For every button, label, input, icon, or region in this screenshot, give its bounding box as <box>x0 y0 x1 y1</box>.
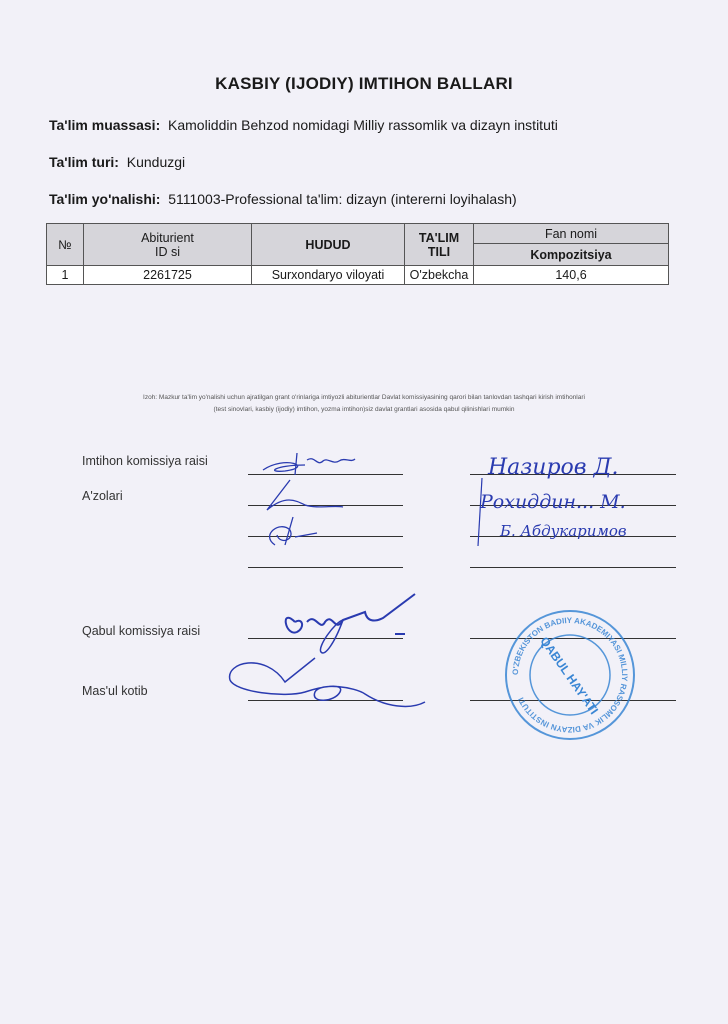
members-label: A'zolari <box>82 489 123 503</box>
direction-label: Ta'lim yo'nalishi: <box>49 191 160 207</box>
name-line <box>470 567 676 568</box>
footnote: Izoh: Mazkur ta'lim yo'nalishi uchun ajr… <box>0 392 728 416</box>
header-lang-line1: TA'LIM <box>408 231 470 245</box>
institution-value: Kamoliddin Behzod nomidagi Milliy rassom… <box>168 117 558 133</box>
svg-text:Рохиддин... М.: Рохиддин... М. <box>479 491 626 513</box>
svg-text:Назиров Д.: Назиров Д. <box>487 455 618 480</box>
header-id-line1: Abiturient <box>87 231 248 245</box>
header-lang-line2: TILI <box>408 245 470 259</box>
document-title: KASBIY (IJODIY) IMTIHON BALLARI <box>0 74 728 94</box>
admission-chair-label: Qabul komissiya raisi <box>82 624 200 638</box>
institution-label: Ta'lim muassasi: <box>49 117 160 133</box>
svg-text:Б. Абдукаримов: Б. Абдукаримов <box>499 522 627 540</box>
signature-exam-chair-icon <box>255 445 375 555</box>
footnote-line1: Izoh: Mazkur ta'lim yo'nalishi uchun ajr… <box>0 392 728 404</box>
handwritten-names-icon: Назиров Д. Рохиддин... М. Б. Абдукаримов <box>470 448 680 548</box>
signature-line <box>248 567 403 568</box>
footnote-line2: (test sinovlari, kasbiy (ijodiy) imtihon… <box>0 404 728 416</box>
official-stamp-icon: O'ZBEKISTON BADIIY AKADEMIYASI MILLIY RA… <box>500 608 640 743</box>
header-region: HUDUD <box>252 224 405 266</box>
study-type-label: Ta'lim turi: <box>49 154 119 170</box>
header-subject-group: Fan nomi <box>474 224 669 244</box>
direction-row: Ta'lim yo'nalishi: 5111003-Professional … <box>49 191 517 207</box>
cell-score: 140,6 <box>474 266 669 285</box>
table-row: 1 2261725 Surxondaryo viloyati O'zbekcha… <box>47 266 669 285</box>
header-subject: Kompozitsiya <box>474 244 669 266</box>
cell-id: 2261725 <box>84 266 252 285</box>
header-language: TA'LIM TILI <box>405 224 474 266</box>
direction-value: 5111003-Professional ta'lim: dizayn (int… <box>168 191 516 207</box>
study-type-row: Ta'lim turi: Kunduzgi <box>49 154 185 170</box>
exam-chair-label: Imtihon komissiya raisi <box>82 454 208 468</box>
institution-row: Ta'lim muassasi: Kamoliddin Behzod nomid… <box>49 117 558 133</box>
header-id-line2: ID si <box>87 245 248 259</box>
signature-admission-chair-icon <box>225 592 465 722</box>
study-type-value: Kunduzgi <box>127 154 185 170</box>
header-applicant-id: Abiturient ID si <box>84 224 252 266</box>
cell-no: 1 <box>47 266 84 285</box>
scores-table: № Abiturient ID si HUDUD TA'LIM TILI Fan… <box>46 223 669 285</box>
svg-text:QABUL HAY'ATI: QABUL HAY'ATI <box>537 634 601 717</box>
cell-region: Surxondaryo viloyati <box>252 266 405 285</box>
secretary-label: Mas'ul kotib <box>82 684 148 698</box>
cell-language: O'zbekcha <box>405 266 474 285</box>
header-no: № <box>47 224 84 266</box>
